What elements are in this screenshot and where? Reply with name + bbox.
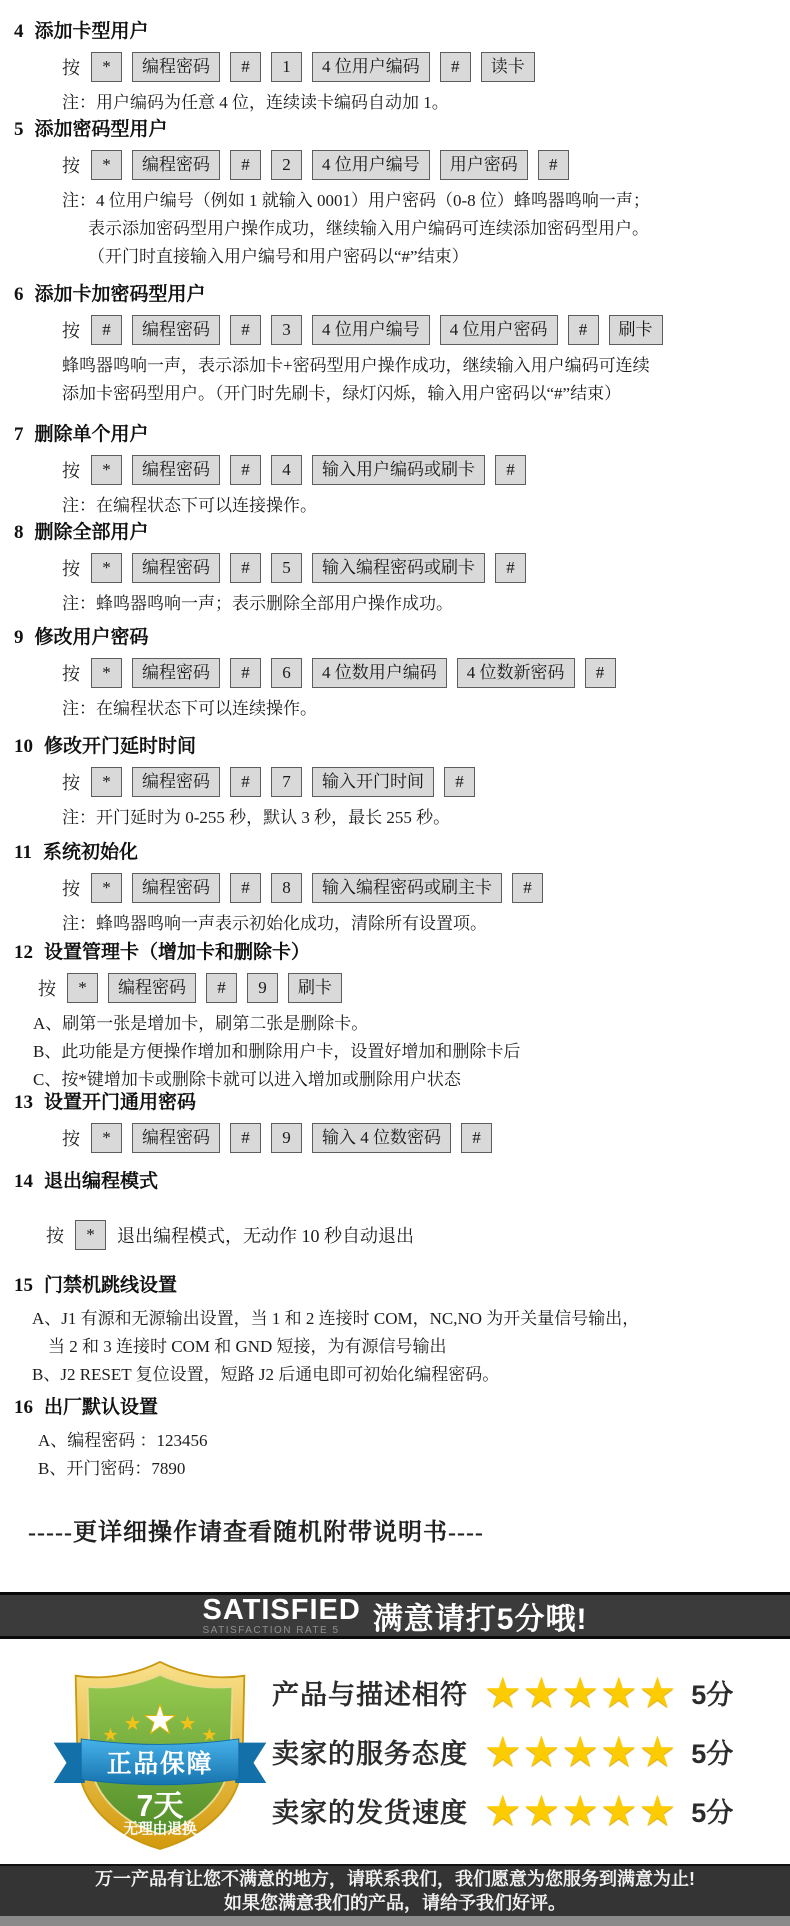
rating-score: 5分 [691, 1791, 733, 1830]
section-notes: 注：蜂鸣器鸣响一声；表示删除全部用户操作成功。 [62, 590, 790, 618]
section-5: 5添加密码型用户按*编程密码#24 位用户编号用户密码#注：4 位用户编号（例如… [0, 118, 790, 271]
section-8: 8删除全部用户按*编程密码#5输入编程密码或刷卡#注：蜂鸣器鸣响一声；表示删除全… [0, 521, 790, 618]
keypad-key: * [91, 873, 122, 903]
keypad-key: # [512, 873, 543, 903]
section-number: 4 [14, 21, 24, 42]
rating-area: ★ ★ ★ ★ ★ 正品保障 7天 无理由退换 产品与描述相符★★★★★5分卖家… [0, 1639, 790, 1864]
section-notes: 注：蜂鸣器鸣响一声表示初始化成功，清除所有设置项。 [62, 910, 790, 938]
section-title: 设置开门通用密码 [44, 1092, 196, 1113]
section-title: 修改用户密码 [35, 627, 149, 648]
section-heading: 8删除全部用户 [14, 521, 790, 545]
star-icon: ★ [523, 1731, 561, 1773]
note-line: 注：在编程状态下可以连续操作。 [62, 695, 790, 723]
keypad-key: * [91, 767, 122, 797]
star-group: ★★★★★ [484, 1731, 676, 1773]
keypad-key: # [495, 455, 526, 485]
star-group: ★★★★★ [484, 1790, 676, 1832]
section-7: 7删除单个用户按*编程密码#4输入用户编码或刷卡#注：在编程状态下可以连接操作。 [0, 423, 790, 520]
star-icon: ★ [561, 1731, 599, 1773]
section-heading: 13设置开门通用密码 [14, 1091, 790, 1115]
section-number: 5 [14, 119, 24, 140]
keypad-key: 读卡 [481, 52, 535, 82]
star-icon: ★ [484, 1672, 522, 1714]
keypad-key: 8 [271, 873, 302, 903]
key-sequence-row: 按*编程密码#14 位用户编码#读卡 [62, 52, 790, 82]
section-title: 添加卡加密码型用户 [35, 284, 206, 305]
keypad-key: 编程密码 [132, 873, 220, 903]
keypad-key: # [230, 1123, 261, 1153]
badge-days: 7天 [136, 1790, 183, 1823]
keypad-key: 刷卡 [288, 973, 342, 1003]
section-notes: 注：4 位用户编号（例如 1 就输入 0001）用户密码（0-8 位）蜂鸣器鸣响… [62, 187, 790, 271]
keypad-key: * [91, 52, 122, 82]
note-line: 注：用户编码为任意 4 位，连续读卡编码自动加 1。 [62, 89, 790, 117]
note-line: B、此功能是方便操作增加和删除用户卡，设置好增加和删除卡后 [33, 1038, 790, 1066]
star-icon: ★ [600, 1731, 638, 1773]
rating-score: 5分 [691, 1673, 733, 1712]
footer-line1: 万一产品有让您不满意的地方，请联系我们，我们愿意为您服务到满意为止! [95, 1869, 695, 1890]
key-sequence-row: 按*编程密码#8输入编程密码或刷主卡# [62, 873, 790, 903]
banner-title-cn: 满意请打5分哦! [373, 1594, 588, 1638]
keypad-key: 5 [271, 553, 302, 583]
key-sequence-row: 按*编程密码#4输入用户编码或刷卡# [62, 455, 790, 485]
keypad-key: # [230, 52, 261, 82]
small-star-icon: ★ [123, 1713, 141, 1735]
press-label: 按 [62, 660, 80, 686]
keypad-key: # [538, 150, 569, 180]
star-icon: ★ [484, 1731, 522, 1773]
star-icon: ★ [600, 1672, 638, 1714]
rating-rows: 产品与描述相符★★★★★5分卖家的服务态度★★★★★5分卖家的发货速度★★★★★… [272, 1639, 733, 1864]
banner-en-block: SATISFIED SATISFACTION RATE 5 [203, 1596, 361, 1636]
rating-label: 卖家的发货速度 [272, 1791, 468, 1830]
section-10: 10修改开门延时时间按*编程密码#7输入开门时间#注：开门延时为 0-255 秒… [0, 735, 790, 832]
note-line: 表示添加密码型用户操作成功，继续输入用户编码可连续添加密码型用户。 [62, 215, 790, 243]
section-title: 系统初始化 [43, 842, 138, 863]
section-title: 修改开门延时时间 [44, 736, 196, 757]
keypad-key: 输入开门时间 [312, 767, 434, 797]
keypad-key: # [230, 315, 261, 345]
keypad-key: # [230, 767, 261, 797]
key-sequence-row: 按*编程密码#24 位用户编号用户密码# [62, 150, 790, 180]
keypad-key: # [206, 973, 237, 1003]
keypad-key: 4 位用户编号 [312, 315, 430, 345]
note-line: 当 2 和 3 连接时 COM 和 GND 短接，为有源信号输出 [32, 1333, 790, 1361]
rating-row: 卖家的服务态度★★★★★5分 [272, 1731, 733, 1773]
key-sequence-row: 按*编程密码#64 位数用户编码4 位数新密码# [62, 658, 790, 688]
big-star-icon: ★ [142, 1696, 178, 1742]
genuine-guarantee-badge-icon: ★ ★ ★ ★ ★ 正品保障 7天 无理由退换 [50, 1649, 270, 1861]
keypad-key: * [91, 455, 122, 485]
note-line: 蜂鸣器鸣响一声，表示添加卡+密码型用户操作成功，继续输入用户编码可连续 [62, 352, 790, 380]
star-icon: ★ [484, 1790, 522, 1832]
section-6: 6添加卡加密码型用户按#编程密码#34 位用户编号4 位用户密码#刷卡蜂鸣器鸣响… [0, 283, 790, 408]
satisfied-banner: SATISFIED SATISFACTION RATE 5 满意请打5分哦! [0, 1592, 790, 1639]
press-label: 按 [62, 769, 80, 795]
section-notes: 注：开门延时为 0-255 秒，默认 3 秒，最长 255 秒。 [62, 804, 790, 832]
keypad-key: # [230, 658, 261, 688]
keypad-key: * [91, 150, 122, 180]
note-line: A、J1 有源和无源输出设置，当 1 和 2 连接时 COM，NC,NO 为开关… [32, 1305, 790, 1333]
section-heading: 11系统初始化 [14, 841, 790, 865]
section-number: 6 [14, 284, 24, 305]
section-title: 退出编程模式 [44, 1171, 158, 1192]
section-notes: A、刷第一张是增加卡，刷第二张是删除卡。B、此功能是方便操作增加和删除用户卡，设… [33, 1010, 790, 1094]
keypad-key: 7 [271, 767, 302, 797]
section-9: 9修改用户密码按*编程密码#64 位数用户编码4 位数新密码#注：在编程状态下可… [0, 626, 790, 723]
press-label: 按 [62, 555, 80, 581]
keypad-key: * [91, 1123, 122, 1153]
section-title: 设置管理卡（增加卡和删除卡） [44, 942, 310, 963]
rating-score: 5分 [691, 1732, 733, 1771]
note-line: 添加卡密码型用户。（开门时先刷卡，绿灯闪烁，输入用户密码以“#”结束） [62, 380, 790, 408]
section-number: 14 [14, 1171, 33, 1192]
section-notes: A、编程密码 ：123456B、开门密码：7890 [38, 1427, 790, 1483]
divider-note: -----更详细操作请查看随机附带说明书---- [28, 1512, 484, 1547]
keypad-key: 用户密码 [440, 150, 528, 180]
key-row-suffix-text: 退出编程模式，无动作 10 秒自动退出 [117, 1222, 414, 1248]
press-label: 按 [62, 152, 80, 178]
section-number: 11 [14, 842, 32, 863]
banner-subtitle-en: SATISFACTION RATE 5 [203, 1626, 340, 1636]
section-notes: 注：在编程状态下可以连续操作。 [62, 695, 790, 723]
section-15: 15门禁机跳线设置A、J1 有源和无源输出设置，当 1 和 2 连接时 COM，… [0, 1274, 790, 1389]
section-4: 4添加卡型用户按*编程密码#14 位用户编码#读卡注：用户编码为任意 4 位，连… [0, 20, 790, 117]
press-label: 按 [62, 317, 80, 343]
press-label: 按 [38, 975, 56, 1001]
keypad-key: 编程密码 [132, 150, 220, 180]
note-line: C、按*键增加卡或删除卡就可以进入增加或删除用户状态 [33, 1066, 790, 1094]
section-12: 12设置管理卡（增加卡和删除卡）按*编程密码#9刷卡A、刷第一张是增加卡，刷第二… [0, 941, 790, 1094]
keypad-key: # [230, 455, 261, 485]
key-sequence-row: 按#编程密码#34 位用户编号4 位用户密码#刷卡 [62, 315, 790, 345]
keypad-key: # [444, 767, 475, 797]
section-heading: 9修改用户密码 [14, 626, 790, 650]
star-icon: ★ [561, 1790, 599, 1832]
keypad-key: 4 位数用户编码 [312, 658, 447, 688]
keypad-key: 9 [247, 973, 278, 1003]
keypad-key: 编程密码 [108, 973, 196, 1003]
section-title: 出厂默认设置 [44, 1397, 158, 1418]
keypad-key: 1 [271, 52, 302, 82]
section-heading: 5添加密码型用户 [14, 118, 790, 142]
keypad-key: # [495, 553, 526, 583]
star-group: ★★★★★ [484, 1672, 676, 1714]
star-icon: ★ [639, 1731, 677, 1773]
press-label: 按 [62, 1125, 80, 1151]
keypad-key: 编程密码 [132, 455, 220, 485]
section-number: 16 [14, 1397, 33, 1418]
footer-line2: 如果您满意我们的产品，请给予我们好评。 [224, 1893, 566, 1914]
keypad-key: 编程密码 [132, 1123, 220, 1153]
keypad-key: 输入用户编码或刷卡 [312, 455, 485, 485]
rating-row: 产品与描述相符★★★★★5分 [272, 1672, 733, 1714]
keypad-key: * [91, 658, 122, 688]
section-title: 删除全部用户 [35, 522, 149, 543]
note-line: 注：蜂鸣器鸣响一声表示初始化成功，清除所有设置项。 [62, 910, 790, 938]
press-label: 按 [62, 875, 80, 901]
star-icon: ★ [639, 1672, 677, 1714]
section-title: 添加卡型用户 [35, 21, 149, 42]
banner-title-en: SATISFIED [203, 1596, 361, 1625]
section-number: 15 [14, 1275, 33, 1296]
small-star-icon: ★ [178, 1713, 196, 1735]
section-number: 9 [14, 627, 24, 648]
section-14: 14退出编程模式按*退出编程模式，无动作 10 秒自动退出 [0, 1170, 790, 1250]
section-heading: 7删除单个用户 [14, 423, 790, 447]
keypad-key: * [75, 1220, 106, 1250]
keypad-key: 3 [271, 315, 302, 345]
note-line: （开门时直接输入用户编号和用户密码以“#”结束） [62, 243, 790, 271]
key-sequence-row: 按*编程密码#5输入编程密码或刷卡# [62, 553, 790, 583]
footer-bar: 万一产品有让您不满意的地方，请联系我们，我们愿意为您服务到满意为止! 如果您满意… [0, 1864, 790, 1916]
keypad-key: 6 [271, 658, 302, 688]
keypad-key: 编程密码 [132, 767, 220, 797]
rating-label: 产品与描述相符 [272, 1673, 468, 1712]
section-heading: 15门禁机跳线设置 [14, 1274, 790, 1298]
ribbon-text: 正品保障 [107, 1749, 213, 1778]
section-notes: 注：在编程状态下可以连接操作。 [62, 492, 790, 520]
star-icon: ★ [523, 1672, 561, 1714]
keypad-key: 4 位用户编号 [312, 150, 430, 180]
badge-policy: 无理由退换 [123, 1819, 197, 1837]
rating-label: 卖家的服务态度 [272, 1732, 468, 1771]
star-icon: ★ [600, 1790, 638, 1832]
keypad-key: 输入 4 位数密码 [312, 1123, 451, 1153]
section-16: 16出厂默认设置A、编程密码 ：123456B、开门密码：7890 [0, 1396, 790, 1483]
section-notes: 注：用户编码为任意 4 位，连续读卡编码自动加 1。 [62, 89, 790, 117]
section-title: 门禁机跳线设置 [44, 1275, 177, 1296]
note-line: 注：开门延时为 0-255 秒，默认 3 秒，最长 255 秒。 [62, 804, 790, 832]
section-heading: 14退出编程模式 [14, 1170, 790, 1194]
keypad-key: 输入编程密码或刷卡 [312, 553, 485, 583]
keypad-key: # [230, 553, 261, 583]
section-title: 删除单个用户 [35, 424, 149, 445]
note-line: 注：在编程状态下可以连接操作。 [62, 492, 790, 520]
note-line: B、J2 RESET 复位设置，短路 J2 后通电即可初始化编程密码。 [32, 1361, 790, 1389]
note-line: A、刷第一张是增加卡，刷第二张是删除卡。 [33, 1010, 790, 1038]
keypad-key: # [461, 1123, 492, 1153]
keypad-key: # [568, 315, 599, 345]
keypad-key: 4 位用户编码 [312, 52, 430, 82]
section-notes: 蜂鸣器鸣响一声，表示添加卡+密码型用户操作成功，继续输入用户编码可连续添加卡密码… [62, 352, 790, 408]
keypad-key: 编程密码 [132, 315, 220, 345]
section-title: 添加密码型用户 [35, 119, 168, 140]
ribbon-left-tail [54, 1743, 85, 1783]
star-icon: ★ [561, 1672, 599, 1714]
keypad-key: * [91, 553, 122, 583]
page: 4添加卡型用户按*编程密码#14 位用户编码#读卡注：用户编码为任意 4 位，连… [0, 0, 790, 1926]
keypad-key: # [91, 315, 122, 345]
key-sequence-row: 按*编程密码#9刷卡 [38, 973, 790, 1003]
section-notes: A、J1 有源和无源输出设置，当 1 和 2 连接时 COM，NC,NO 为开关… [32, 1305, 790, 1389]
section-number: 8 [14, 522, 24, 543]
keypad-key: 4 位用户密码 [440, 315, 558, 345]
section-number: 7 [14, 424, 24, 445]
star-icon: ★ [639, 1790, 677, 1832]
section-number: 12 [14, 942, 33, 963]
note-line: B、开门密码：7890 [38, 1455, 790, 1483]
press-label: 按 [62, 457, 80, 483]
keypad-key: 2 [271, 150, 302, 180]
keypad-key: 编程密码 [132, 553, 220, 583]
rating-row: 卖家的发货速度★★★★★5分 [272, 1790, 733, 1832]
keypad-key: # [230, 873, 261, 903]
keypad-key: 刷卡 [609, 315, 663, 345]
section-number: 13 [14, 1092, 33, 1113]
keypad-key: 编程密码 [132, 658, 220, 688]
keypad-key: * [67, 973, 98, 1003]
press-label: 按 [62, 54, 80, 80]
keypad-key: # [230, 150, 261, 180]
section-heading: 4添加卡型用户 [14, 20, 790, 44]
section-heading: 10修改开门延时时间 [14, 735, 790, 759]
keypad-key: 4 位数新密码 [457, 658, 575, 688]
note-line: 注：蜂鸣器鸣响一声；表示删除全部用户操作成功。 [62, 590, 790, 618]
section-heading: 6添加卡加密码型用户 [14, 283, 790, 307]
keypad-key: 输入编程密码或刷主卡 [312, 873, 502, 903]
bottom-strip [0, 1916, 790, 1926]
keypad-key: 编程密码 [132, 52, 220, 82]
section-heading: 16出厂默认设置 [14, 1396, 790, 1420]
key-sequence-row: 按*退出编程模式，无动作 10 秒自动退出 [46, 1220, 790, 1250]
note-line: 注：4 位用户编号（例如 1 就输入 0001）用户密码（0-8 位）蜂鸣器鸣响… [62, 187, 790, 215]
key-sequence-row: 按*编程密码#9输入 4 位数密码# [62, 1123, 790, 1153]
section-11: 11系统初始化按*编程密码#8输入编程密码或刷主卡#注：蜂鸣器鸣响一声表示初始化… [0, 841, 790, 938]
press-label: 按 [46, 1222, 64, 1248]
section-13: 13设置开门通用密码按*编程密码#9输入 4 位数密码# [0, 1091, 790, 1153]
section-heading: 12设置管理卡（增加卡和删除卡） [14, 941, 790, 965]
key-sequence-row: 按*编程密码#7输入开门时间# [62, 767, 790, 797]
keypad-key: 9 [271, 1123, 302, 1153]
star-icon: ★ [523, 1790, 561, 1832]
keypad-key: # [440, 52, 471, 82]
keypad-key: 4 [271, 455, 302, 485]
note-line: A、编程密码 ：123456 [38, 1427, 790, 1455]
section-number: 10 [14, 736, 33, 757]
keypad-key: # [585, 658, 616, 688]
ribbon-right-tail [235, 1743, 266, 1783]
